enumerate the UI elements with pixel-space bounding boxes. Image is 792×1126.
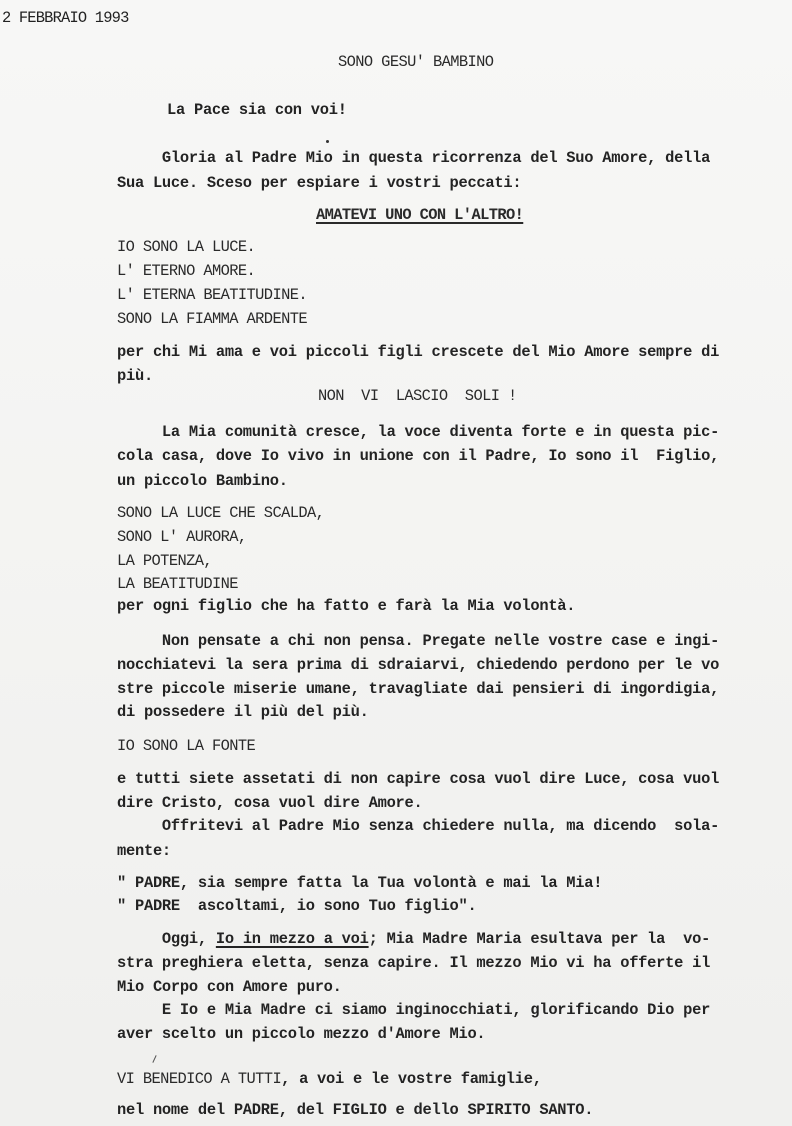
paragraph-7-line-2: mente: [117,842,171,860]
blessing-line-1: VI BENEDICO A TUTTI, a voi e le vostre f… [117,1070,542,1088]
paragraph-3-line-1: La Mia comunità cresce, la voce diventa … [117,423,719,441]
paragraph-9-line-1: E Io e Mia Madre ci siamo inginocchiati,… [117,1001,710,1019]
quote-line: " PADRE, sia sempre fatta la Tua volontà… [117,874,602,892]
blessing-caps: VI BENEDICO A TUTTI [117,1070,281,1088]
document-date: 2 FEBBRAIO 1993 [2,9,129,27]
greeting: La Pace sia con voi! [167,101,347,119]
paragraph-2-line-1: per chi Mi ama e voi piccoli figli cresc… [117,343,719,361]
ink-speck [326,140,329,143]
paragraph-3-line-2: cola casa, dove Io vivo in unione con il… [117,447,719,465]
blessing-line-2: nel nome del PADRE, del FIGLIO e dello S… [117,1101,593,1119]
list1-item: IO SONO LA LUCE. [117,238,255,256]
document-title: SONO GESU' BAMBINO [338,53,493,71]
paragraph-2-line-2: più. [117,367,153,385]
text-segment: Oggi, [117,930,216,948]
paragraph-3-line-3: un piccolo Bambino. [117,472,288,490]
ink-mark [152,1055,156,1063]
blessing-rest: , a voi e le vostre famiglie, [281,1070,542,1088]
list1-item: L' ETERNO AMORE. [117,262,255,280]
paragraph-4: per ogni figlio che ha fatto e farà la M… [117,597,575,615]
paragraph-8-line-2: stra preghiera eletta, senza capire. Il … [117,954,710,972]
paragraph-5-line-4: di possedere il più del più. [117,703,369,721]
heading-io-sono-la-fonte: IO SONO LA FONTE [117,737,255,755]
paragraph-7-line-1: Offritevi al Padre Mio senza chiedere nu… [117,817,719,835]
heading-non-vi-lascio-soli: NON VI LASCIO SOLI ! [318,387,517,405]
underlined-phrase: Io in mezzo a voi [216,930,369,948]
list2-item: LA POTENZA, [117,552,212,570]
paragraph-8-line-1: Oggi, Io in mezzo a voi; Mia Madre Maria… [117,930,710,948]
text-segment: ; Mia Madre Maria esultava per la vo- [369,930,710,948]
paragraph-1-line-1: Gloria al Padre Mio in questa ricorrenza… [117,149,710,167]
list1-item: SONO LA FIAMMA ARDENTE [117,310,307,328]
paragraph-6-line-1: e tutti siete assetati di non capire cos… [117,770,719,788]
paragraph-8-line-3: Mio Corpo con Amore puro. [117,978,342,996]
heading-amatevi: AMATEVI UNO CON L'ALTRO! [316,206,523,224]
paragraph-9-line-2: aver scelto un piccolo mezzo d'Amore Mio… [117,1025,485,1043]
paragraph-1-line-2: Sua Luce. Sceso per espiare i vostri pec… [117,174,521,192]
typewritten-page: 2 FEBBRAIO 1993 SONO GESU' BAMBINO La Pa… [0,0,792,1126]
list2-item: SONO L' AURORA, [117,528,247,546]
list2-item: LA BEATITUDINE [117,575,238,593]
paragraph-5-line-3: stre piccole miserie umane, travagliate … [117,680,719,698]
list2-item: SONO LA LUCE CHE SCALDA, [117,504,324,522]
list1-item: L' ETERNA BEATITUDINE. [117,286,307,304]
paragraph-5-line-2: nocchiatevi la sera prima di sdraiarvi, … [117,656,719,674]
paragraph-5-line-1: Non pensate a chi non pensa. Pregate nel… [117,632,719,650]
paragraph-6-line-2: dire Cristo, cosa vuol dire Amore. [117,794,423,812]
quote-line: " PADRE ascoltami, io sono Tuo figlio". [117,897,476,915]
